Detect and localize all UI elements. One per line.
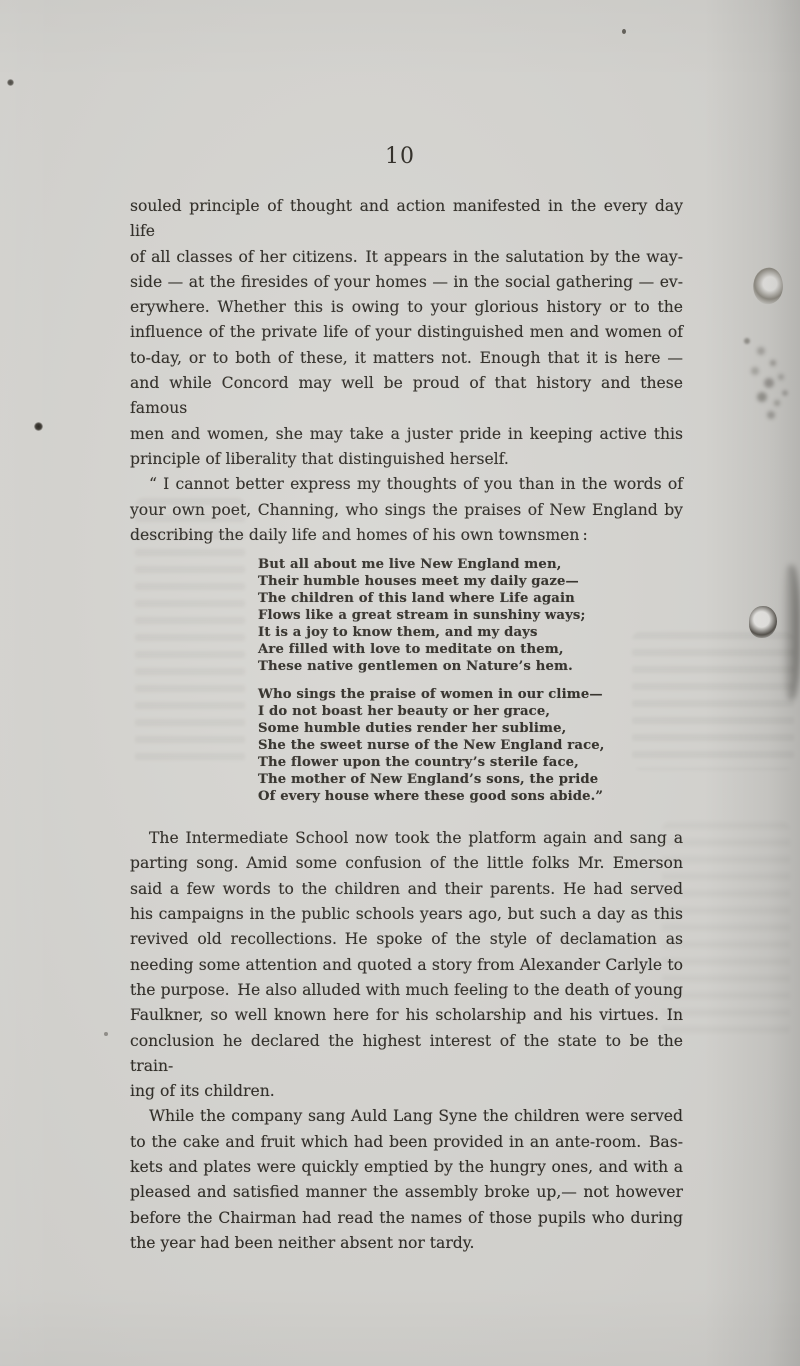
- text-line: “ I cannot better express my thoughts of…: [130, 472, 683, 497]
- text-line: Some humble duties render her sublime,: [258, 720, 683, 737]
- text-line: souled principle of thought and action m…: [130, 194, 683, 245]
- text-line: She the sweet nurse of the New England r…: [258, 737, 683, 754]
- verse-stanza: But all about me live New England men,Th…: [258, 556, 683, 675]
- text-line: But all about me live New England men,: [258, 556, 683, 573]
- text-line: revived old recollections. He spoke of t…: [130, 927, 683, 952]
- text-line: The Intermediate School now took the pla…: [130, 826, 683, 851]
- text-line: the year had been neither absent nor tar…: [130, 1231, 683, 1256]
- scan-blemish: [744, 338, 750, 344]
- text-line: of all classes of her citizens. It appea…: [130, 245, 683, 270]
- text-line: Who sings the praise of women in our cli…: [258, 686, 683, 703]
- text-line: Of every house where these good sons abi…: [258, 788, 683, 805]
- scan-blemish: [782, 565, 800, 700]
- text-line: and while Concord may well be proud of t…: [130, 371, 683, 422]
- text-line: men and women, she may take a juster pri…: [130, 422, 683, 447]
- text-line: needing some attention and quoted a stor…: [130, 953, 683, 978]
- text-line: before the Chairman had read the names o…: [130, 1206, 683, 1231]
- text-line: to the cake and fruit which had been pro…: [130, 1130, 683, 1155]
- scan-blemish: [749, 606, 777, 638]
- text-line: principle of liberality that distinguish…: [130, 447, 683, 472]
- text-line: to-day, or to both of these, it matters …: [130, 346, 683, 371]
- text-line: parting song. Amid some confusion of the…: [130, 851, 683, 876]
- text-column: souled principle of thought and action m…: [130, 194, 683, 1256]
- text-line: I do not boast her beauty or her grace,: [258, 703, 683, 720]
- text-line: The flower upon the country’s sterile fa…: [258, 754, 683, 771]
- text-line: pleased and satisfied manner the assembl…: [130, 1180, 683, 1205]
- page-number: 10: [0, 144, 800, 169]
- text-line: Are filled with love to meditate on them…: [258, 641, 683, 658]
- text-line: ing of its children.: [130, 1079, 683, 1104]
- text-line: said a few words to the children and the…: [130, 877, 683, 902]
- text-line: describing the daily life and homes of h…: [130, 523, 683, 548]
- text-line: the purpose. He also alluded with much f…: [130, 978, 683, 1003]
- ink-speck: [622, 29, 626, 34]
- paragraph: While the company sang Auld Lang Syne th…: [130, 1104, 683, 1256]
- ink-speck: [34, 422, 43, 431]
- verse-stanza: Who sings the praise of women in our cli…: [258, 686, 683, 805]
- text-line: Their humble houses meet my daily gaze—: [258, 573, 683, 590]
- paragraph: The Intermediate School now took the pla…: [130, 816, 683, 1104]
- scan-blemish: [750, 265, 787, 306]
- text-line: These native gentlemen on Nature’s hem.: [258, 658, 683, 675]
- text-line: It is a joy to know them, and my days: [258, 624, 683, 641]
- ink-speck: [7, 79, 14, 86]
- text-line: Flows like a great stream in sunshiny wa…: [258, 607, 683, 624]
- paragraph: souled principle of thought and action m…: [130, 194, 683, 472]
- text-line: Faulkner, so well known here for his sch…: [130, 1003, 683, 1028]
- ink-speck: [104, 1032, 108, 1036]
- text-line: kets and plates were quickly emptied by …: [130, 1155, 683, 1180]
- paragraph: “ I cannot better express my thoughts of…: [130, 472, 683, 548]
- book-page: 10 souled principle of thought and actio…: [0, 0, 800, 1366]
- text-line: erywhere. Whether this is owing to your …: [130, 295, 683, 320]
- text-line: conclusion he declared the highest inter…: [130, 1029, 683, 1080]
- text-line: The children of this land where Life aga…: [258, 590, 683, 607]
- text-line: influence of the private life of your di…: [130, 320, 683, 345]
- text-line: your own poet, Channing, who sings the p…: [130, 498, 683, 523]
- text-line: While the company sang Auld Lang Syne th…: [130, 1104, 683, 1129]
- text-line: his campaigns in the public schools year…: [130, 902, 683, 927]
- text-line: The mother of New England’s sons, the pr…: [258, 771, 683, 788]
- text-line: side — at the firesides of your homes — …: [130, 270, 683, 295]
